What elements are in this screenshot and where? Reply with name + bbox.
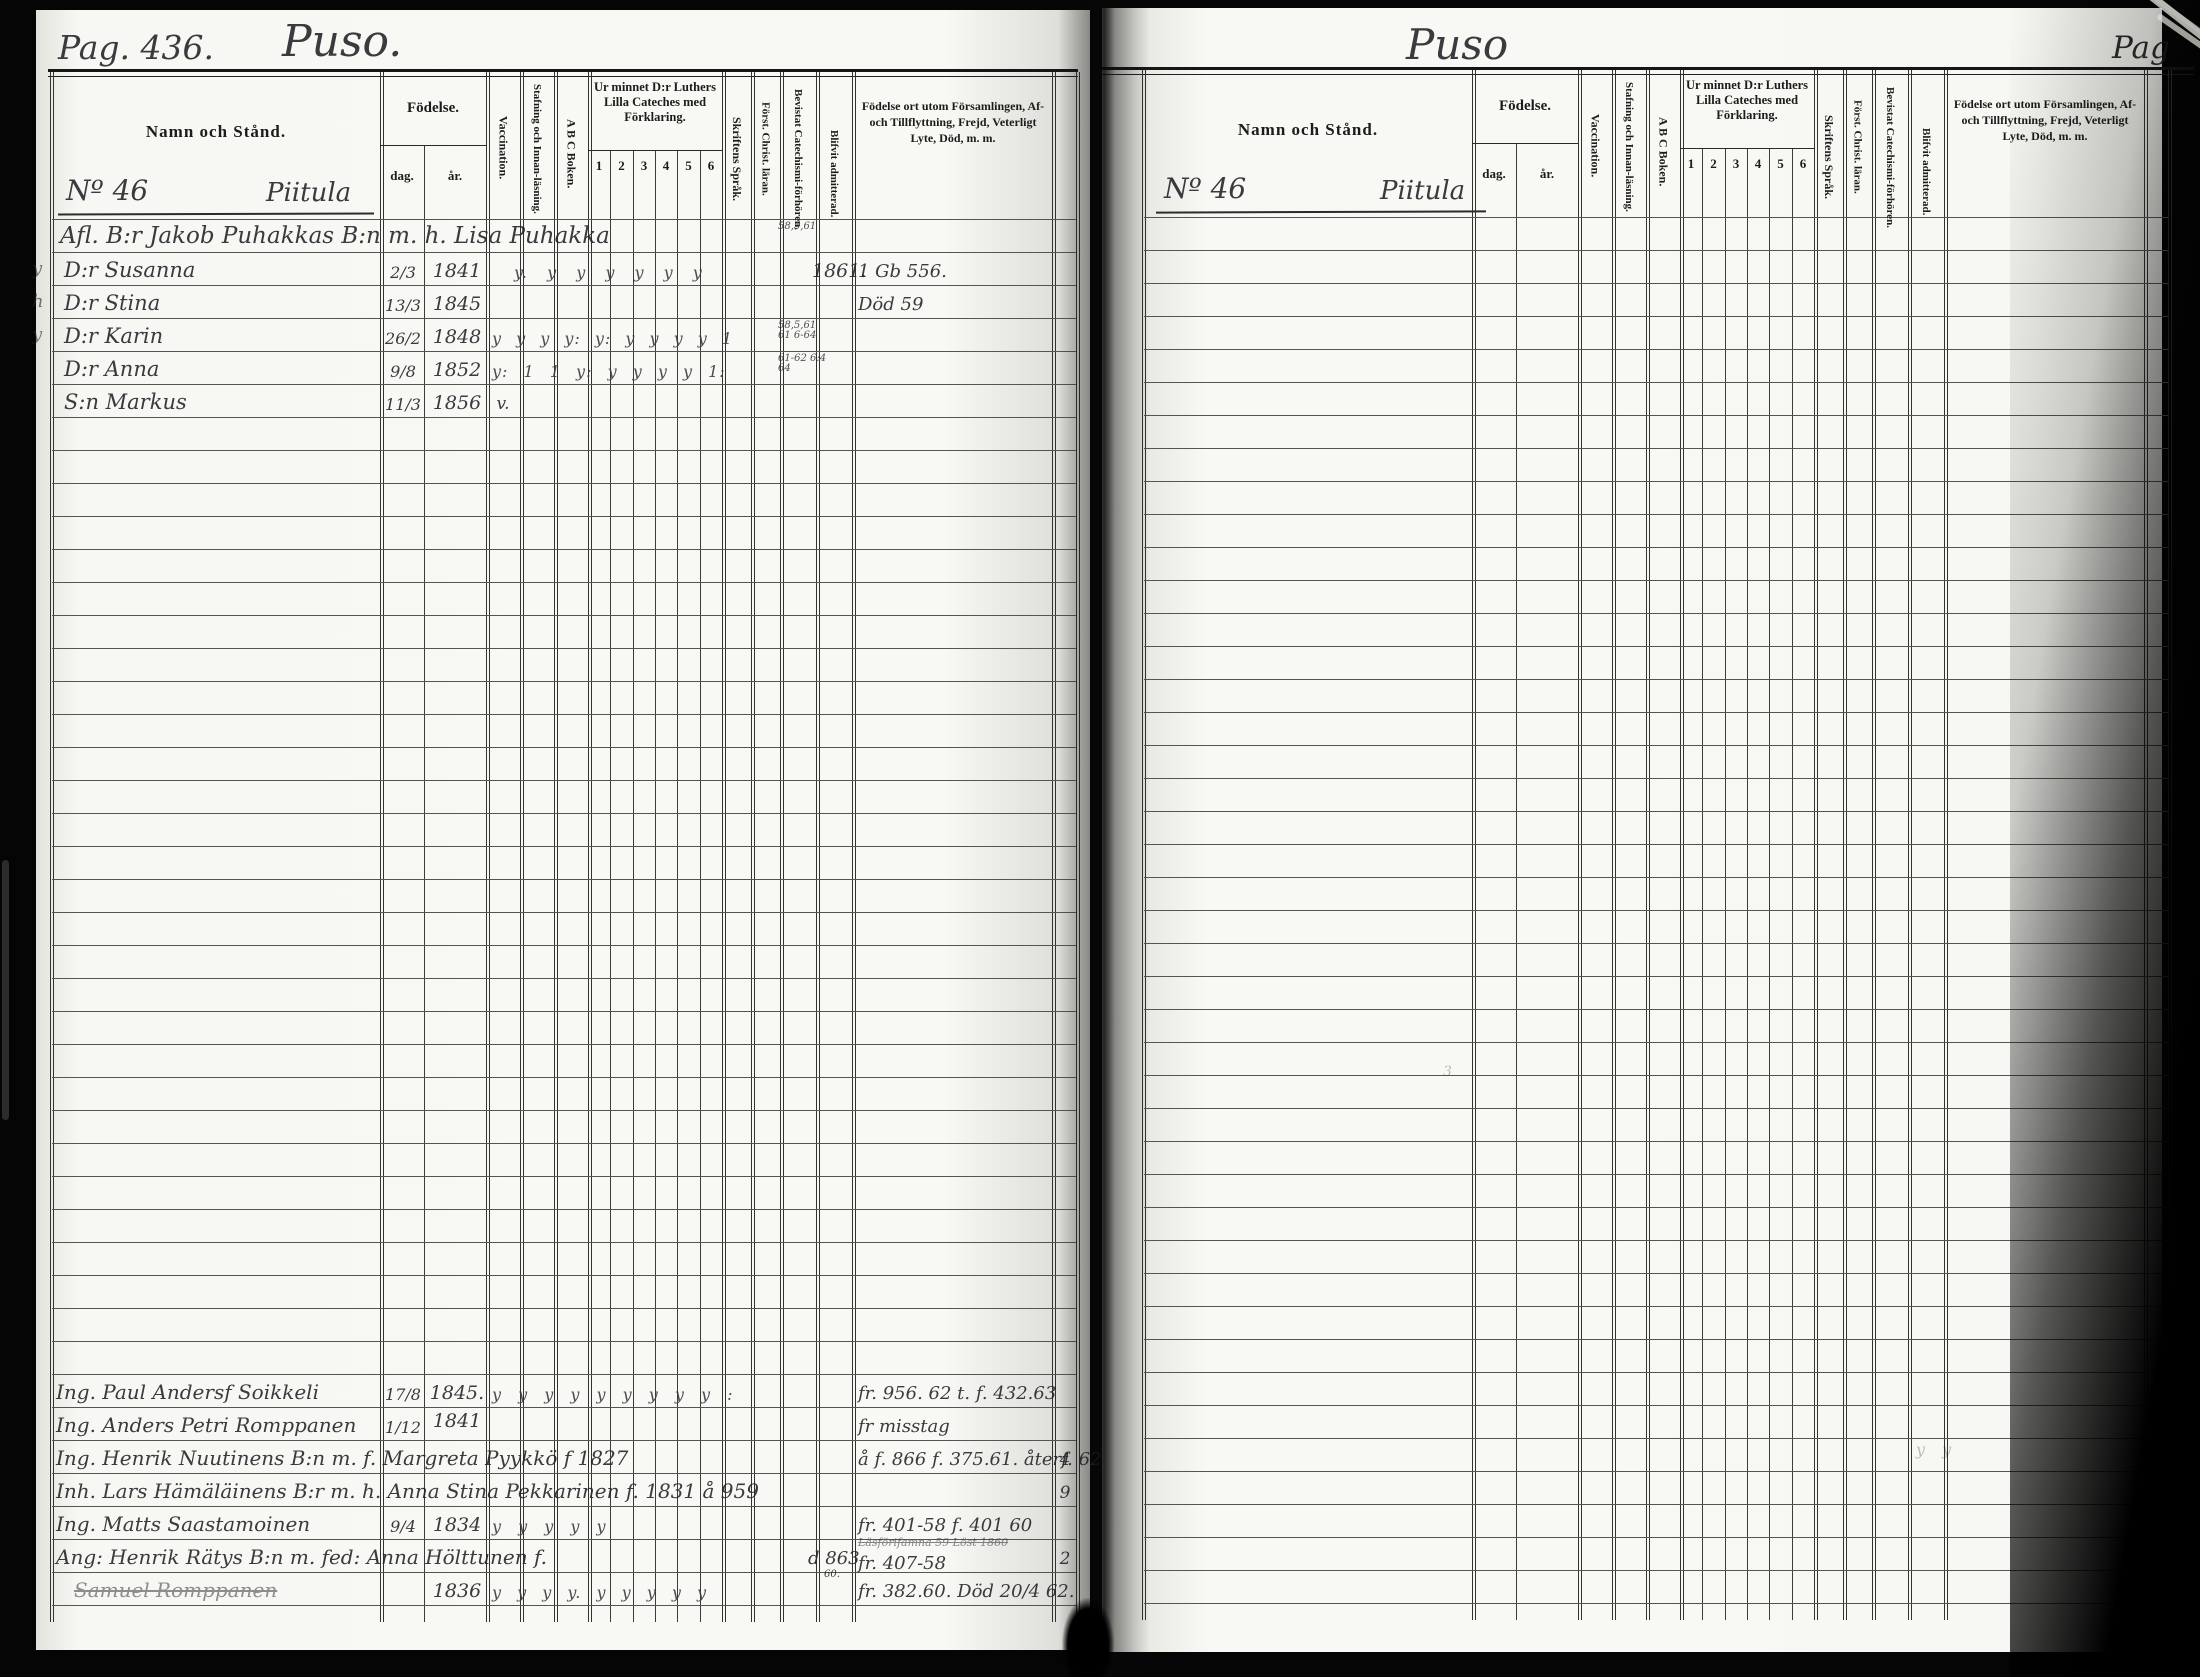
- record-row: S:n Markus 11/3 1856 v.: [52, 384, 1078, 417]
- notes-entry: fr. 407-58: [858, 1553, 946, 1574]
- grade-marks: y y y y: y: y y y y 1: [492, 329, 733, 348]
- section-underline: [58, 212, 374, 215]
- grade-marks: y y y y. y y y y y: [492, 1583, 707, 1602]
- notes-entry: 1 Gb 556.: [858, 261, 947, 282]
- section-number-handwritten: Nº 46: [1164, 172, 1246, 205]
- catechism-subcol-6: 6: [1792, 156, 1814, 172]
- col-header-birth-day: dag.: [380, 168, 424, 184]
- person-name: Samuel Romppanen: [74, 1578, 277, 1602]
- catechism-header-rule: [1680, 148, 1814, 149]
- birth-year: 1834: [426, 1514, 488, 1536]
- col-header-christianity: Först. Christ. läran.: [751, 74, 780, 224]
- person-name: Ing. Paul Andersf Soikkeli: [56, 1380, 319, 1404]
- col-header-admitted-label: Blifvit admitterad.: [1920, 128, 1932, 215]
- village-title-handwritten: Puso: [1406, 20, 1508, 69]
- corner-page-label-handwritten: Pag: [2112, 30, 2170, 66]
- birth-day: 26/2: [380, 329, 426, 348]
- page-number-handwritten: Pag. 436.: [58, 28, 214, 67]
- catechism-subcol-2: 2: [1702, 156, 1725, 172]
- record-row: Ing. Paul Andersf Soikkeli 17/8 1845. y …: [52, 1374, 1078, 1407]
- birth-day: 1/12: [380, 1418, 426, 1437]
- book-gutter-shadow: [1058, 0, 1150, 1677]
- birth-year: 1852: [426, 359, 488, 381]
- catechism-subcol-2: 2: [610, 158, 633, 174]
- section-underline: [1156, 210, 1486, 213]
- person-name: D:r Susanna: [64, 258, 195, 282]
- col-header-birth: Födelse.: [1472, 98, 1578, 115]
- col-header-admitted-label: Blifvit admitterad.: [828, 130, 840, 217]
- col-header-attended: Bevistat Catechismi-förhören.: [1872, 72, 1908, 242]
- scanned-parish-register: Pag. 436. Puso.: [0, 0, 2200, 1677]
- col-header-name: Namn och Stånd.: [52, 122, 380, 142]
- page-curl-shadow: [2010, 0, 2200, 1677]
- record-row: D:r Susanna 2/3 1841 y. y y y y y y 1861…: [52, 252, 1078, 285]
- catechism-subcol-5: 5: [1769, 156, 1792, 172]
- notes-entry: fr misstag: [858, 1416, 950, 1437]
- catechism-subcol-4: 4: [1747, 156, 1769, 172]
- catechism-subcol-3: 3: [633, 158, 655, 174]
- birth-day: 11/3: [380, 395, 426, 414]
- col-header-attended-label: Bevistat Catechismi-förhören.: [1884, 87, 1896, 228]
- birth-header-rule: [1472, 143, 1578, 144]
- col-header-abc-book-label: A B C Boken.: [1656, 117, 1671, 186]
- section-number-handwritten: Nº 46: [66, 174, 148, 207]
- person-name: Afl. B:r Jakob Puhakkas B:n m. h. Lisa P…: [60, 223, 610, 249]
- notes-entry: Död 59: [858, 294, 923, 315]
- person-name: Ing. Henrik Nuutinens B:n m. f. Margreta…: [56, 1446, 628, 1470]
- notes-entry: fr. 401-58 f. 401 60: [858, 1515, 1032, 1536]
- record-row: Afl. B:r Jakob Puhakkas B:n m. h. Lisa P…: [52, 219, 1078, 252]
- col-header-spelling: Stafning och Innan-läsning.: [1612, 72, 1646, 222]
- record-row: Ang: Henrik Rätys B:n m. fed: Anna Höltt…: [52, 1539, 1078, 1572]
- birth-day: 2/3: [380, 263, 426, 282]
- birth-year: 1845: [426, 293, 488, 315]
- col-header-attended-label: Bevistat Catechismi-förhören.: [792, 89, 804, 230]
- birth-day: 13/3: [380, 296, 426, 315]
- catechism-subcol-1: 1: [1680, 156, 1702, 172]
- person-name: S:n Markus: [64, 390, 187, 414]
- person-name: Ing. Anders Petri Romppanen: [56, 1413, 356, 1437]
- col-header-vaccination: Vaccination.: [1578, 72, 1612, 220]
- record-row: Ing. Anders Petri Romppanen 1/12 1841 fr…: [52, 1407, 1078, 1440]
- catechism-subcol-5: 5: [677, 158, 700, 174]
- col-header-notes: Födelse ort utom Församlingen, Af- och T…: [858, 98, 1048, 146]
- col-header-abc-book: A B C Boken.: [554, 74, 588, 234]
- grade-marks: y y y y y: [492, 1517, 607, 1536]
- col-header-abc-book-label: A B C Boken.: [564, 119, 579, 188]
- col-header-birth: Födelse.: [380, 100, 486, 117]
- attended-entry: 61-62 6:464: [778, 354, 830, 374]
- person-name: D:r Karin: [64, 324, 163, 348]
- left-page: Pag. 436. Puso.: [36, 10, 1090, 1650]
- notes-entry: fr. 956. 62 t. f. 432.63: [858, 1383, 1056, 1404]
- col-header-spelling-label: Stafning och Innan-läsning.: [531, 84, 543, 214]
- attended-line2: 64: [778, 363, 791, 374]
- col-header-spelling: Stafning och Innan-läsning.: [520, 74, 554, 224]
- col-header-name: Namn och Stånd.: [1144, 120, 1472, 140]
- record-row: D:r Karin 26/2 1848 y y y y: y: y y y y …: [52, 318, 1078, 351]
- village-title-handwritten: Puso.: [282, 16, 402, 67]
- catechism-subcol-6: 6: [700, 158, 722, 174]
- birth-year: 1841: [426, 1410, 488, 1432]
- record-row: Ing. Matts Saastamoinen 9/4 1834 y y y y…: [52, 1506, 1078, 1539]
- birth-day: 17/8: [380, 1385, 426, 1404]
- col-header-vaccination: Vaccination.: [486, 74, 520, 222]
- notes-entry: fr. 382.60. Död 20/4 62.: [858, 1581, 1074, 1602]
- grade-marks: y. y y y y y y: [514, 263, 703, 282]
- section-place-handwritten: Piitula: [266, 178, 351, 208]
- birth-header-rule: [380, 145, 486, 146]
- col-header-birth-year: år.: [1516, 166, 1578, 182]
- record-row: D:r Stina 13/3 1845 Död 59: [52, 285, 1078, 318]
- col-header-catechism: Ur minnet D:r Luthers Lilla Cateches med…: [1684, 78, 1810, 123]
- grade-marks: y: 1 1 y: y y y y 1:: [492, 362, 726, 381]
- person-name: D:r Stina: [64, 291, 160, 315]
- record-row: Ing. Henrik Nuutinens B:n m. f. Margreta…: [52, 1440, 1078, 1473]
- right-page: Puso Namn och Stånd. Föde: [1102, 8, 2162, 1652]
- col-header-scripture-label: Skriftens Språk.: [729, 117, 744, 201]
- col-header-birth-day: dag.: [1472, 166, 1516, 182]
- birth-year: 1848: [426, 326, 488, 348]
- catechism-header-rule: [588, 150, 722, 151]
- attended-entry: 58,5,61: [778, 222, 830, 232]
- col-header-christianity: Först. Christ. läran.: [1843, 72, 1872, 222]
- person-name: Inh. Lars Hämäläinens B:r m. h. Anna Sti…: [56, 1479, 759, 1503]
- faint-scribble: 3: [1443, 1064, 1452, 1080]
- attended-line2: 61 6-64: [778, 330, 816, 341]
- catechism-subcol-4: 4: [655, 158, 677, 174]
- section-place-handwritten: Piitula: [1380, 176, 1465, 206]
- margin-mark: y: [32, 258, 42, 279]
- birth-year: 1841: [426, 260, 488, 282]
- col-header-catechism: Ur minnet D:r Luthers Lilla Cateches med…: [592, 80, 718, 125]
- admitted-entry: d 863: [808, 1548, 860, 1569]
- catechism-subcol-1: 1: [588, 158, 610, 174]
- birth-day: 9/4: [380, 1517, 426, 1536]
- col-header-christianity-label: Först. Christ. läran.: [760, 102, 772, 196]
- col-header-vaccination-label: Vaccination.: [496, 116, 511, 179]
- vaccination-entry: v.: [486, 394, 520, 414]
- person-name: Ang: Henrik Rätys B:n m. fed: Anna Höltt…: [56, 1545, 547, 1569]
- col-header-spelling-label: Stafning och Innan-läsning.: [1623, 82, 1635, 212]
- birth-year: 1845.: [426, 1382, 488, 1404]
- gutter-bottom-notch: [1062, 1598, 1114, 1677]
- col-header-abc-book: A B C Boken.: [1646, 72, 1680, 232]
- birth-year: 1856: [426, 392, 488, 414]
- faint-scribble: y y: [1916, 1440, 1951, 1459]
- col-header-scripture: Skriftens Språk.: [1814, 72, 1843, 242]
- record-row: D:r Anna 9/8 1852 y: 1 1 y: y y y y 1: 6…: [52, 351, 1078, 384]
- scan-edge-streak: [2, 860, 9, 1120]
- col-header-birth-year: år.: [424, 168, 486, 184]
- record-row: Inh. Lars Hämäläinens B:r m. h. Anna Sti…: [52, 1473, 1078, 1506]
- margin-mark: h: [32, 291, 44, 312]
- person-name: Ing. Matts Saastamoinen: [56, 1512, 310, 1536]
- col-header-vaccination-label: Vaccination.: [1588, 114, 1603, 177]
- catechism-subcol-3: 3: [1725, 156, 1747, 172]
- attended-entry: 58,5,6161 6-64: [778, 321, 830, 341]
- col-header-christianity-label: Först. Christ. läran.: [1852, 100, 1864, 194]
- col-header-scripture-label: Skriftens Språk.: [1821, 115, 1836, 199]
- birth-year: 1836: [426, 1580, 488, 1602]
- margin-mark: y: [32, 324, 42, 345]
- record-row: Samuel Romppanen 1836 y y y y. y y y y y…: [52, 1572, 1078, 1605]
- col-header-admitted: Blifvit admitterad.: [1908, 72, 1944, 272]
- struck-note: Läsförifamna 59 Löst 1860: [858, 1536, 1008, 1549]
- grade-marks: y y y y y y y y y :: [492, 1385, 734, 1404]
- birth-day: 9/8: [380, 362, 426, 381]
- person-name: D:r Anna: [64, 357, 159, 381]
